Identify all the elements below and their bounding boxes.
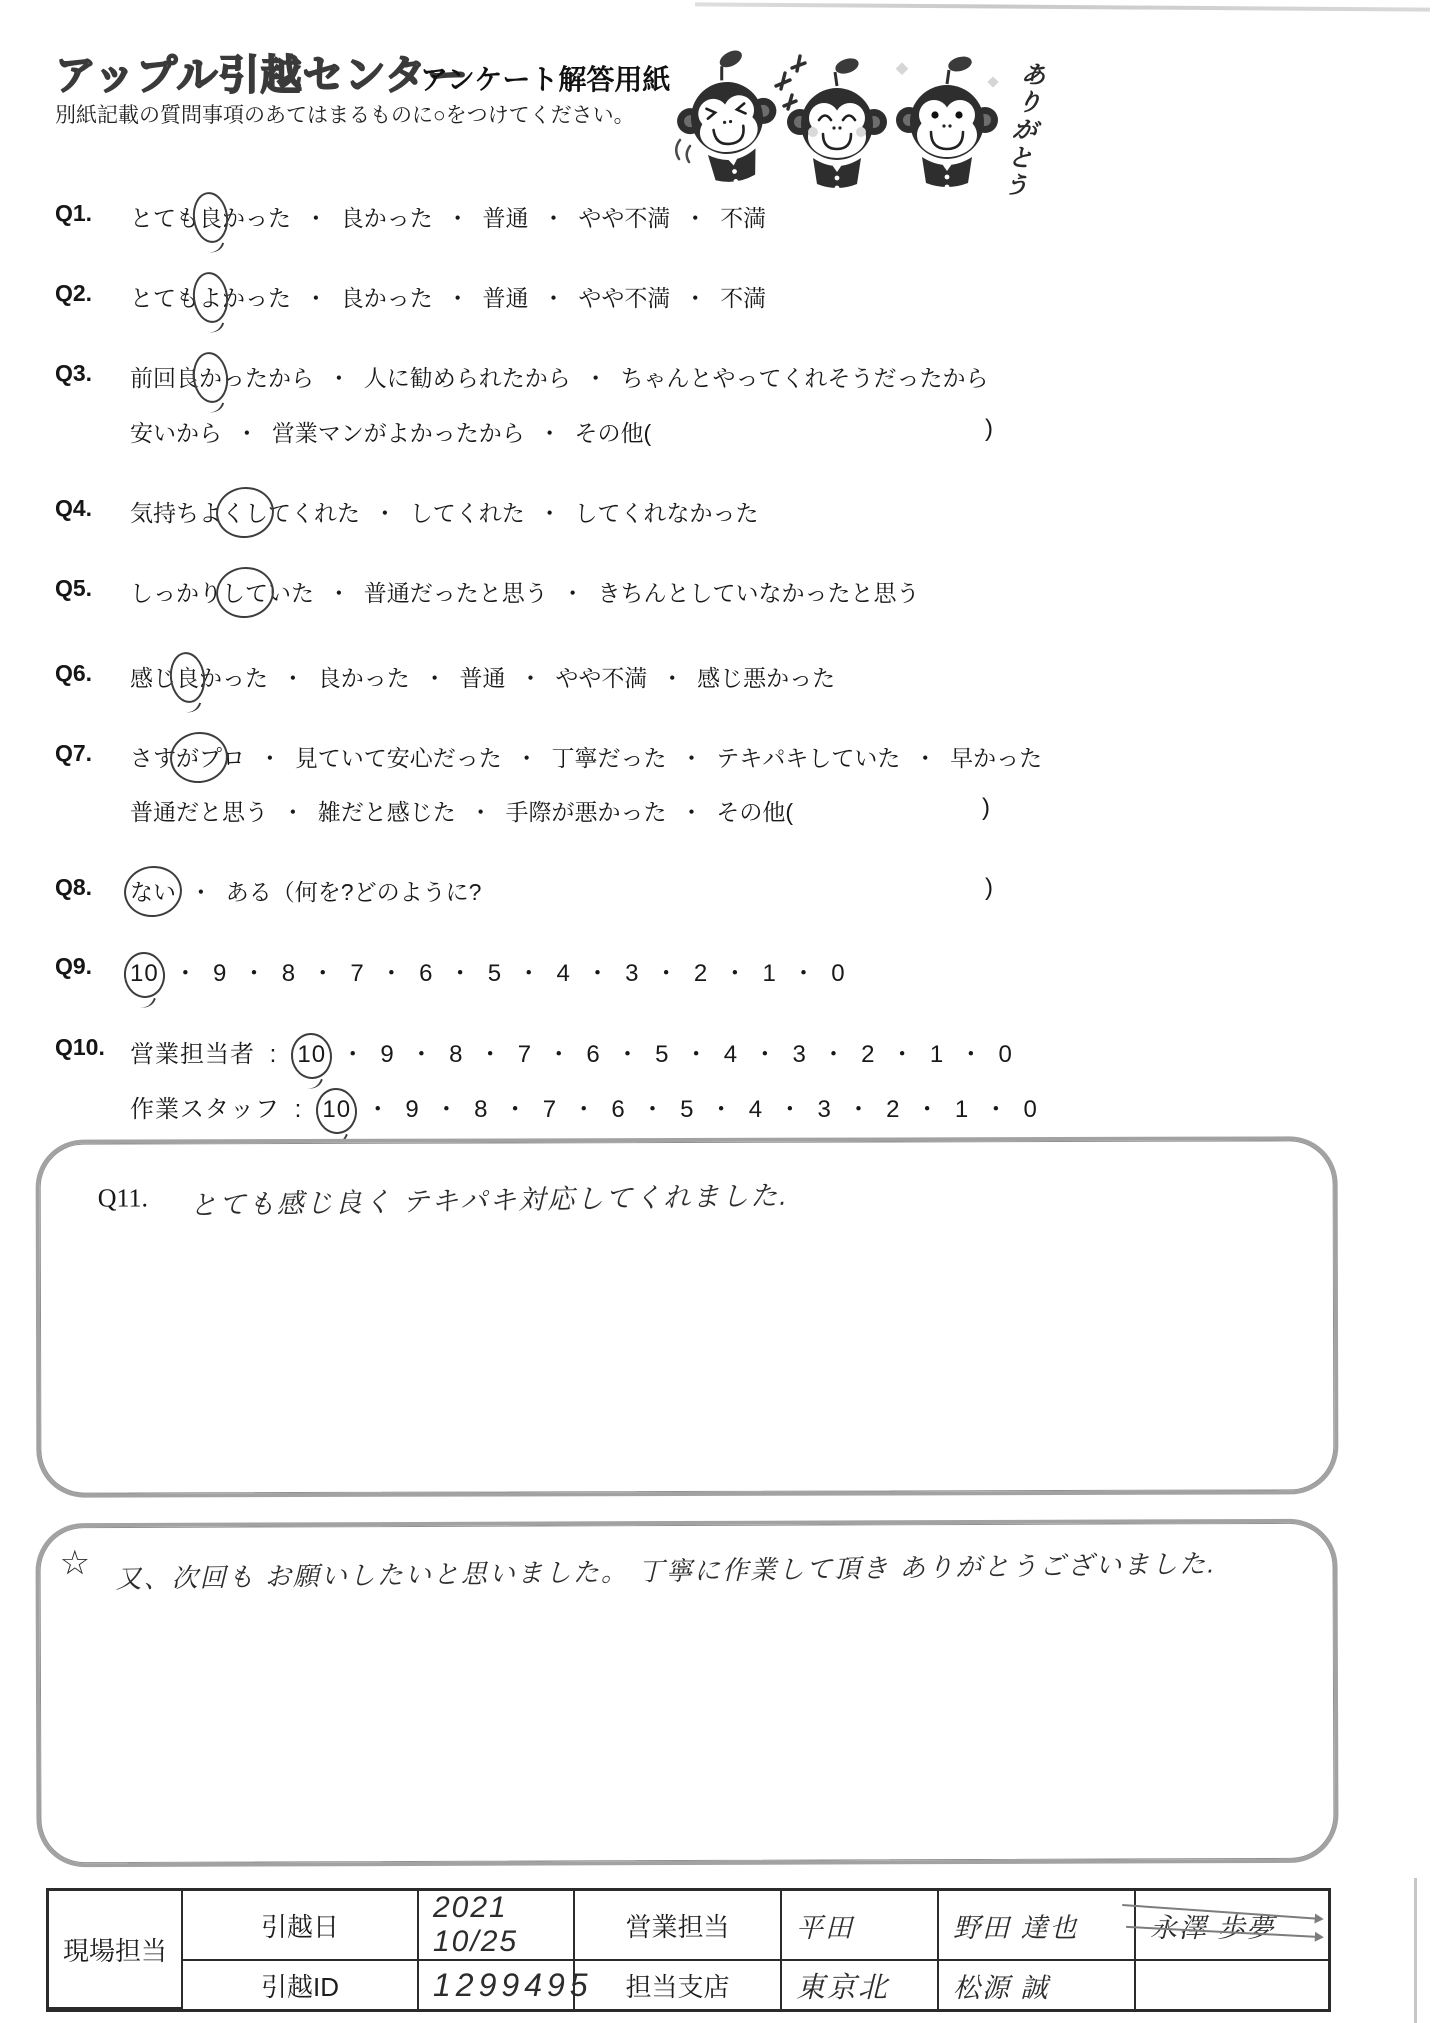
q7-close-paren: ) (982, 794, 990, 822)
q5-circled-text: して (222, 580, 268, 606)
q10-sales-label: 営業担当者 : (130, 1041, 277, 1068)
q1-circled-text: 良 (199, 205, 222, 231)
question-q4: Q4. 気持ちよくしてくれた ・ してくれた ・ してくれなかった (0, 495, 1433, 529)
q9-post: ・ 9 ・ 8 ・ 7 ・ 6 ・ 5 ・ 4 ・ 3 ・ 2 ・ 1 ・ 0 (159, 960, 846, 987)
q2-post: かった ・ 良かった ・ 普通 ・ やや不満 ・ 不満 (222, 285, 766, 311)
q4-circled-option: くし (222, 495, 268, 528)
q8-close-paren: ) (985, 874, 993, 902)
q1-label: Q1. (55, 200, 92, 227)
move-id-value: 1299495 (419, 1961, 575, 2009)
q5-options: しっかりしていた ・ 普通だったと思う ・ きちんとしていなかったと思う (130, 575, 920, 608)
site-staff-label: 現場担当 (49, 1891, 183, 2009)
q8-circled-text: ない (130, 879, 176, 905)
scan-edge-shadow (1414, 1878, 1417, 2023)
q1-pre: とても (130, 205, 199, 231)
q7-pre: さす (130, 745, 176, 771)
q5-label: Q5. (55, 575, 92, 602)
q3-pre: 前回良 (130, 365, 199, 391)
question-q10-line1: Q10. 営業担当者 :10 ・ 9 ・ 8 ・ 7 ・ 6 ・ 5 ・ 4 ・… (0, 1034, 1433, 1068)
q2-pre: とても (130, 285, 199, 311)
q2-circled-option: よ (199, 280, 222, 313)
q11-comment-box: Q11. とても感じ良く テキパキ対応してくれました. (36, 1136, 1339, 1497)
branch-label: 担当支店 (575, 1961, 782, 2009)
move-id-label: 引越ID (183, 1961, 419, 2009)
q6-circled-text: 良 (176, 665, 199, 691)
question-q7-line2: 普通だと思う ・ 雑だと感じた ・ 手際が悪かった ・ その他( ) (0, 794, 1433, 828)
q11-label: Q11. (98, 1183, 148, 1213)
q5-circled-option: して (222, 575, 268, 608)
q9-label: Q9. (55, 953, 92, 980)
q3-label: Q3. (55, 360, 92, 387)
site-staff-2: 永澤 歩夢 (1136, 1891, 1328, 1961)
q10-staff-scale: 作業スタッフ :10 ・ 9 ・ 8 ・ 7 ・ 6 ・ 5 ・ 4 ・ 3 ・… (130, 1089, 1038, 1124)
q7-options-line1: さすがプロ ・ 見ていて安心だった ・ 丁寧だった ・ テキパキしていた ・ 早… (130, 740, 1042, 773)
q2-label: Q2. (55, 280, 92, 307)
star-comment-box: ☆ 又、次回も お願いしたいと思いました。 丁寧に作業して頂き ありがとうござい… (35, 1519, 1338, 1868)
q10-sales-post: ・ 9 ・ 8 ・ 7 ・ 6 ・ 5 ・ 4 ・ 3 ・ 2 ・ 1 ・ 0 (326, 1041, 1013, 1068)
q6-options: 感じ良かった ・ 良かった ・ 普通 ・ やや不満 ・ 感じ悪かった (130, 660, 835, 693)
site-staff-3: 松源 誠 (939, 1961, 1136, 2009)
q3-circled-text: か (199, 365, 222, 391)
q7-circled-option: がプ (176, 740, 222, 773)
question-q6: Q6. 感じ良かった ・ 良かった ・ 普通 ・ やや不満 ・ 感じ悪かった (0, 660, 1433, 694)
q4-circled-text: くし (222, 500, 268, 526)
move-date-value: 2021 10/25 (419, 1891, 575, 1961)
q3-options-line1: 前回良かったから ・ 人に勧められたから ・ ちゃんとやってくれそうだったから (130, 360, 989, 393)
q10-sales-scale: 営業担当者 :10 ・ 9 ・ 8 ・ 7 ・ 6 ・ 5 ・ 4 ・ 3 ・ … (130, 1034, 1013, 1069)
question-q3-line1: Q3. 前回良かったから ・ 人に勧められたから ・ ちゃんとやってくれそうだっ… (0, 360, 1433, 394)
instruction-text: 別紙記載の質問事項のあてはまるものに○をつけてください。 (55, 99, 635, 129)
sheet-title: アンケート解答用紙 (420, 58, 670, 98)
q8-circled-option: ない (130, 874, 176, 907)
q1-post: かった ・ 良かった ・ 普通 ・ やや不満 ・ 不満 (222, 205, 766, 231)
q4-pre: 気持ちよ (130, 500, 222, 526)
question-q3-line2: 安いから ・ 営業マンがよかったから ・ その他( ) (0, 415, 1433, 449)
q11-handwritten-answer: とても感じ良く テキパキ対応してくれました. (189, 1174, 789, 1223)
company-logo-text: アップル引越センター (55, 42, 469, 101)
q3-post: ったから ・ 人に勧められたから ・ ちゃんとやってくれそうだったから (222, 365, 989, 391)
footer-info-table: 引越日 2021 10/25 営業担当 平田 現場担当 野田 達也 永澤 歩夢 … (46, 1888, 1331, 2012)
q4-post: てくれた ・ してくれた ・ してくれなかった (268, 500, 759, 526)
q4-label: Q4. (55, 495, 92, 522)
question-q1: Q1. とても良かった ・ 良かった ・ 普通 ・ やや不満 ・ 不満 (0, 200, 1433, 234)
q9-circled-text: 10 (130, 960, 159, 987)
q8-options: ない ・ ある（何を?どのように? (130, 874, 481, 907)
move-date-label: 引越日 (183, 1891, 419, 1961)
question-q8: Q8. ない ・ ある（何を?どのように? ) (0, 874, 1433, 908)
q1-options: とても良かった ・ 良かった ・ 普通 ・ やや不満 ・ 不満 (130, 200, 766, 233)
sales-rep-value: 平田 (782, 1891, 939, 1961)
q10-sales-circled-score: 10 (297, 1041, 326, 1069)
site-staff-1: 野田 達也 (939, 1891, 1136, 1961)
q3-options-line2: 安いから ・ 営業マンがよかったから ・ その他( (130, 415, 651, 448)
q10-label: Q10. (55, 1034, 105, 1061)
q7-circled-text: がプ (176, 745, 222, 771)
q1-circled-option: 良 (199, 200, 222, 233)
survey-answer-sheet: アップル引越センター アンケート解答用紙 別紙記載の質問事項のあてはまるものに○… (0, 0, 1433, 2023)
q7-options-line2: 普通だと思う ・ 雑だと感じた ・ 手際が悪かった ・ その他( (130, 794, 793, 827)
q6-pre: 感じ (130, 665, 176, 691)
q9-circled-score: 10 (130, 960, 159, 988)
q10-staff-label: 作業スタッフ : (130, 1096, 302, 1123)
question-q10-line2: 作業スタッフ :10 ・ 9 ・ 8 ・ 7 ・ 6 ・ 5 ・ 4 ・ 3 ・… (0, 1089, 1433, 1123)
q5-pre: しっかり (130, 580, 222, 606)
q3-circled-option: か (199, 360, 222, 393)
q9-scale: 10 ・ 9 ・ 8 ・ 7 ・ 6 ・ 5 ・ 4 ・ 3 ・ 2 ・ 1 ・… (130, 953, 846, 988)
star-icon: ☆ (59, 1543, 90, 1583)
question-q7-line1: Q7. さすがプロ ・ 見ていて安心だった ・ 丁寧だった ・ テキパキしていた… (0, 740, 1433, 774)
q6-post: かった ・ 良かった ・ 普通 ・ やや不満 ・ 感じ悪かった (199, 665, 835, 691)
scan-artifact-line (695, 2, 1430, 11)
sales-rep-label: 営業担当 (575, 1891, 782, 1961)
q10-staff-post: ・ 9 ・ 8 ・ 7 ・ 6 ・ 5 ・ 4 ・ 3 ・ 2 ・ 1 ・ 0 (351, 1096, 1038, 1123)
q10-sales-circled-text: 10 (297, 1041, 326, 1068)
q10-staff-circled-score: 10 (322, 1096, 351, 1124)
branch-value: 東京北 (782, 1961, 939, 2009)
q4-options: 気持ちよくしてくれた ・ してくれた ・ してくれなかった (130, 495, 759, 528)
question-q5: Q5. しっかりしていた ・ 普通だったと思う ・ きちんとしていなかったと思う (0, 575, 1433, 609)
q2-circled-text: よ (199, 285, 222, 311)
q10-staff-circled-text: 10 (322, 1096, 351, 1123)
question-q2: Q2. とてもよかった ・ 良かった ・ 普通 ・ やや不満 ・ 不満 (0, 280, 1433, 314)
q2-options: とてもよかった ・ 良かった ・ 普通 ・ やや不満 ・ 不満 (130, 280, 766, 313)
star-handwritten-note: 又、次回も お願いしたいと思いました。 丁寧に作業して頂き ありがとうございまし… (115, 1543, 1216, 1595)
q3-close-paren: ) (985, 415, 993, 443)
q8-post: ・ ある（何を?どのように? (176, 879, 481, 905)
site-staff-empty (1136, 1961, 1328, 2009)
q8-label: Q8. (55, 874, 92, 901)
mascot-monkeys-illustration (672, 44, 1002, 202)
q6-circled-option: 良 (176, 660, 199, 693)
q5-post: いた ・ 普通だったと思う ・ きちんとしていなかったと思う (268, 580, 920, 606)
question-q9: Q9. 10 ・ 9 ・ 8 ・ 7 ・ 6 ・ 5 ・ 4 ・ 3 ・ 2 ・… (0, 953, 1433, 987)
q7-label: Q7. (55, 740, 92, 767)
q6-label: Q6. (55, 660, 92, 687)
q7-post: ロ ・ 見ていて安心だった ・ 丁寧だった ・ テキパキしていた ・ 早かった (222, 745, 1042, 771)
